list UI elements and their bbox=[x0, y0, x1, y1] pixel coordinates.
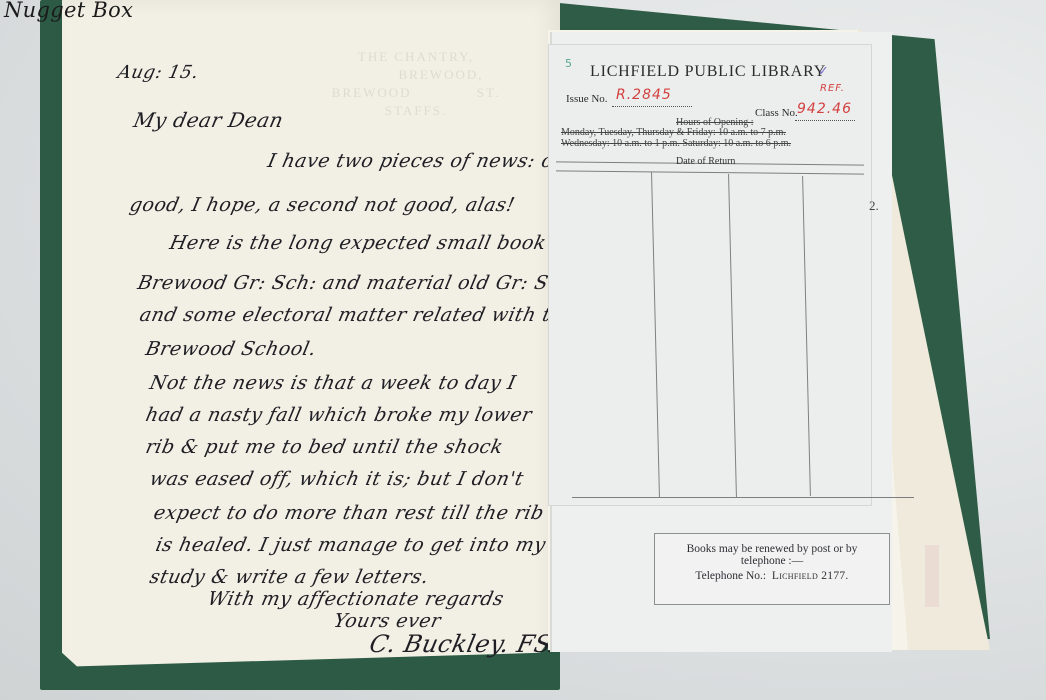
slip-bottom-rule bbox=[572, 497, 914, 498]
adhesive-tape-strip bbox=[925, 545, 939, 607]
renewal-line-2: telephone :— bbox=[655, 555, 889, 567]
renewal-line-3: Telephone No.: Lichfield 2177. bbox=[655, 570, 889, 582]
date-of-return-label: Date of Return bbox=[676, 156, 735, 167]
letter-line: good, I hope, a second not good, alas! bbox=[128, 194, 517, 216]
letter-line: rib & put me to bed until the shock bbox=[144, 436, 506, 458]
issue-value: R.2845 bbox=[616, 87, 672, 103]
ref-mark: REF. bbox=[820, 83, 845, 94]
issue-underline bbox=[612, 106, 692, 107]
class-value: 942.46 bbox=[797, 101, 852, 117]
renewal-notice: Books may be renewed by post or by telep… bbox=[654, 533, 890, 605]
issue-label: Issue No. bbox=[566, 93, 608, 105]
letter-line: Brewood Gr: Sch: and material old Gr: Sc… bbox=[136, 272, 592, 294]
letter-line: I have two pieces of news: one bbox=[266, 150, 581, 172]
letterhead-line-1: THE CHANTRY, bbox=[272, 48, 560, 66]
class-label: Class No. bbox=[755, 107, 798, 119]
letterhead-line-3: BREWOOD ST. STAFFS. bbox=[272, 84, 560, 120]
letter-closing: With my affectionate regards bbox=[206, 588, 506, 610]
renewal-line-1: Books may be renewed by post or by bbox=[655, 543, 889, 555]
watermark-text: Nugget Box bbox=[4, 0, 133, 22]
letter-line: had a nasty fall which broke my lower bbox=[144, 404, 534, 426]
letter-valediction: Yours ever bbox=[332, 610, 443, 632]
letter-signature: C. Buckley. FSA bbox=[367, 630, 572, 658]
letter-salutation: My dear Dean bbox=[131, 108, 285, 132]
margin-mark: 2. bbox=[869, 198, 879, 214]
letter-line: was eased off, which it is; but I don't bbox=[148, 468, 526, 490]
letter-line: Brewood School. bbox=[144, 338, 319, 360]
letter-date: Aug: 15. bbox=[116, 62, 201, 83]
letter-line: Here is the long expected small book on bbox=[168, 232, 580, 254]
letter-line: is healed. I just manage to get into my bbox=[154, 534, 548, 556]
letter-line: Not the news is that a week to day I bbox=[148, 372, 518, 394]
letterhead-line-2: BREWOOD, bbox=[272, 66, 560, 84]
letter-line: expect to do more than rest till the rib bbox=[152, 502, 547, 524]
hours-line-2: Wednesday: 10 a.m. to 1 p.m. Saturday: 1… bbox=[561, 138, 791, 149]
letter-line: study & write a few letters. bbox=[148, 566, 431, 588]
hours-line-1: Monday, Tuesday, Thursday & Friday: 10 a… bbox=[561, 127, 786, 138]
library-title: LICHFIELD PUBLIC LIBRARY bbox=[590, 63, 826, 81]
letter-line: and some electoral matter related with t… bbox=[138, 304, 578, 326]
class-underline bbox=[795, 120, 855, 121]
pencil-mark: 5 bbox=[565, 57, 572, 70]
embossed-letterhead: THE CHANTRY, BREWOOD, BREWOOD ST. STAFFS… bbox=[272, 48, 560, 120]
check-mark-icon: ✓ bbox=[818, 64, 829, 79]
